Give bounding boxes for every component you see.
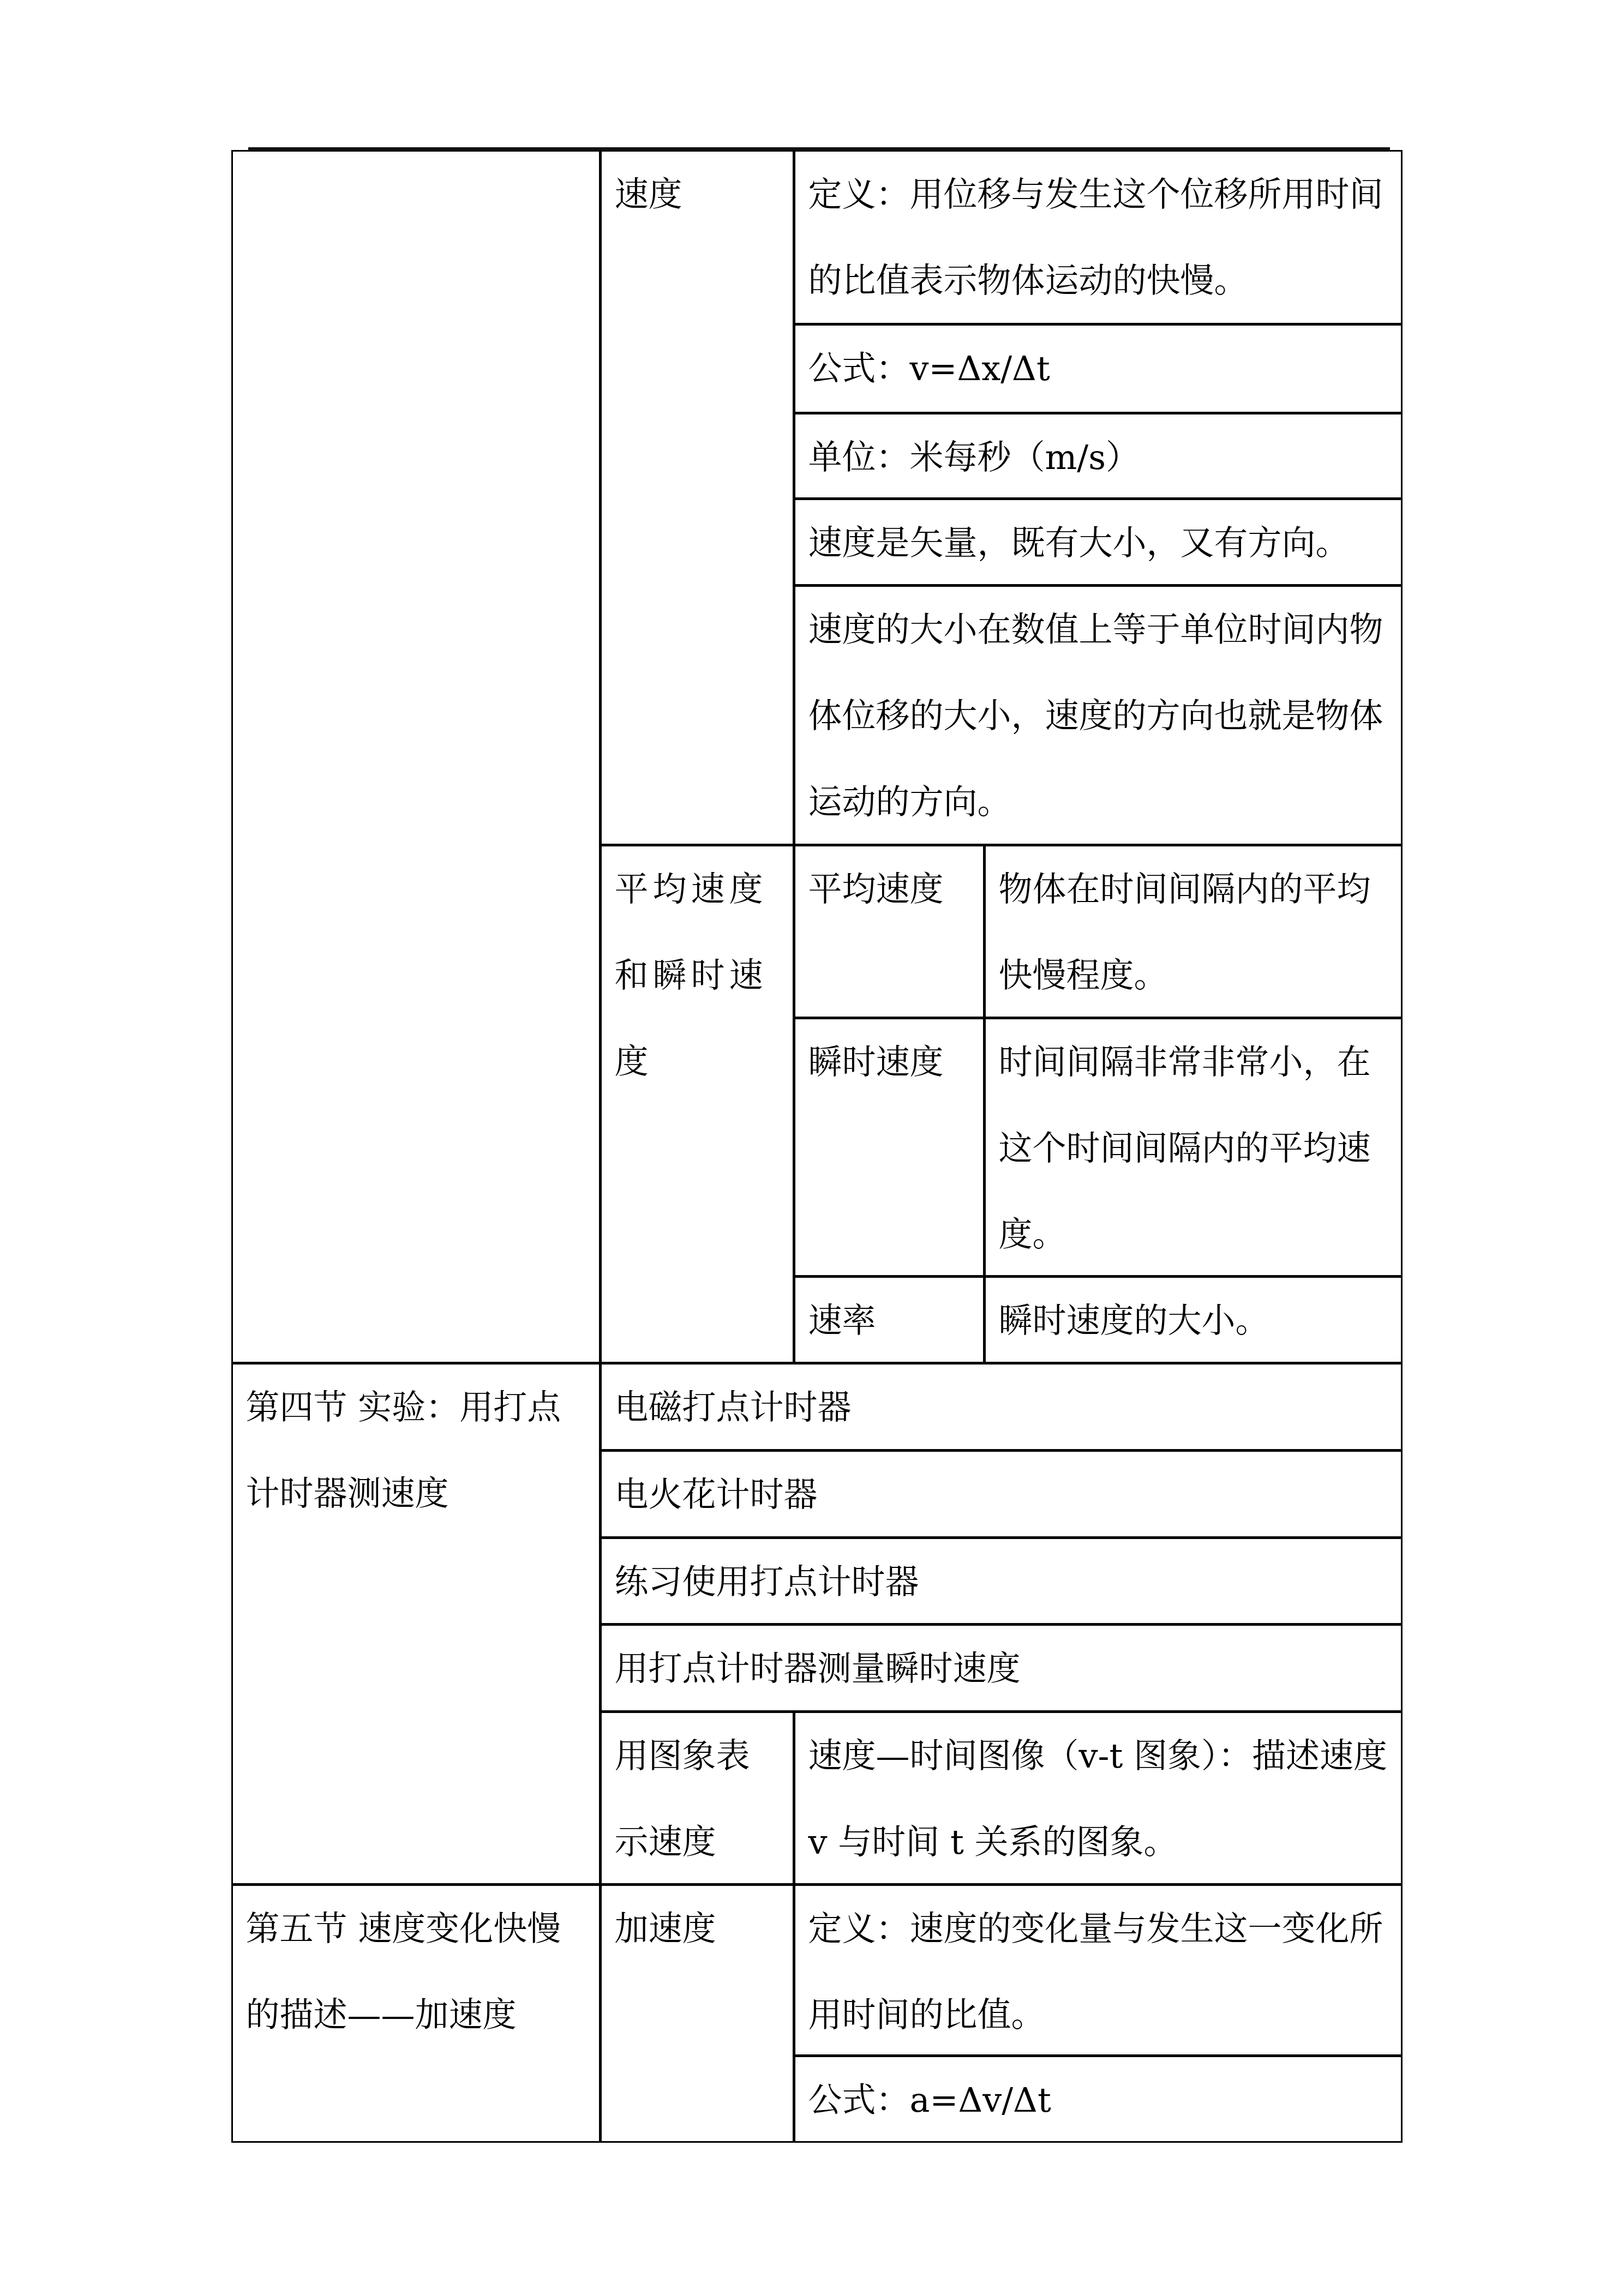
speed-rate-desc: 瞬时速度的大小。	[999, 1278, 1388, 1363]
speed-definition: 定义：用位移与发生这个位移所用时间的比值表示物体运动的快慢。	[808, 152, 1388, 324]
graph-label: 用图象表示速度	[615, 1713, 780, 1885]
speed-label-cell: 速度	[600, 150, 794, 845]
accel-formula: 公式：a=Δv/Δt	[808, 2057, 1388, 2143]
speed-label: 速度	[615, 152, 780, 238]
section4-title: 第四节 实验：用打点计时器测速度	[246, 1365, 586, 1537]
speed-vector-cell: 速度是矢量，既有大小，又有方向。	[794, 498, 1403, 586]
section4-row-1-text: 电磁打点计时器	[615, 1365, 1388, 1451]
speed-rate-term-cell: 速率	[794, 1276, 985, 1363]
graph-label-cell: 用图象表示速度	[600, 1711, 794, 1885]
section4-row-2: 电火花计时器	[600, 1450, 1403, 1538]
inst-speed-desc: 时间间隔非常非常小，在这个时间间隔内的平均速度。	[999, 1019, 1388, 1277]
section4-row-3: 练习使用打点计时器	[600, 1537, 1403, 1625]
accel-label: 加速度	[615, 1886, 780, 1972]
avg-speed-desc-cell: 物体在时间间隔内的平均快慢程度。	[984, 845, 1403, 1018]
speed-magnitude: 速度的大小在数值上等于单位时间内物体位移的大小，速度的方向也就是物体运动的方向。	[808, 587, 1388, 845]
speed-rate-term: 速率	[808, 1278, 970, 1363]
section5-title-cell: 第五节 速度变化快慢的描述——加速度	[231, 1884, 601, 2143]
accel-definition-cell: 定义：速度的变化量与发生这一变化所用时间的比值。	[794, 1884, 1403, 2056]
speed-formula-cell: 公式：v=Δx/Δt	[794, 324, 1403, 413]
inst-speed-desc-cell: 时间间隔非常非常小，在这个时间间隔内的平均速度。	[984, 1018, 1403, 1277]
speed-rate-desc-cell: 瞬时速度的大小。	[984, 1276, 1403, 1363]
section4-row-3-text: 练习使用打点计时器	[615, 1539, 1388, 1625]
avg-inst-label-cell: 平均速度和瞬时速度	[600, 845, 794, 1363]
section4-row-2-text: 电火花计时器	[615, 1452, 1388, 1538]
speed-unit: 单位：米每秒（m/s）	[808, 414, 1388, 499]
avg-speed-term: 平均速度	[808, 846, 970, 933]
speed-unit-cell: 单位：米每秒（m/s）	[794, 413, 1403, 499]
accel-definition: 定义：速度的变化量与发生这一变化所用时间的比值。	[808, 1886, 1388, 2056]
speed-formula: 公式：v=Δx/Δt	[808, 326, 1388, 412]
avg-speed-term-cell: 平均速度	[794, 845, 985, 1018]
section3-title-cell	[231, 150, 601, 1363]
section4-row-1: 电磁打点计时器	[600, 1363, 1403, 1451]
speed-vector: 速度是矢量，既有大小，又有方向。	[808, 500, 1388, 586]
avg-speed-desc: 物体在时间间隔内的平均快慢程度。	[999, 846, 1388, 1018]
inst-speed-term: 瞬时速度	[808, 1019, 970, 1105]
speed-definition-cell: 定义：用位移与发生这个位移所用时间的比值表示物体运动的快慢。	[794, 150, 1403, 324]
inst-speed-term-cell: 瞬时速度	[794, 1018, 985, 1277]
graph-desc-cell: 速度—时间图像（v-t 图象）：描述速度 v 与时间 t 关系的图象。	[794, 1711, 1403, 1885]
section5-title: 第五节 速度变化快慢的描述——加速度	[246, 1886, 586, 2058]
speed-magnitude-cell: 速度的大小在数值上等于单位时间内物体位移的大小，速度的方向也就是物体运动的方向。	[794, 585, 1403, 845]
section4-row-4: 用打点计时器测量瞬时速度	[600, 1624, 1403, 1712]
accel-formula-cell: 公式：a=Δv/Δt	[794, 2055, 1403, 2143]
avg-inst-label: 平均速度和瞬时速度	[615, 846, 780, 1105]
section4-row-4-text: 用打点计时器测量瞬时速度	[615, 1626, 1388, 1712]
accel-label-cell: 加速度	[600, 1884, 794, 2143]
section4-title-cell: 第四节 实验：用打点计时器测速度	[231, 1363, 601, 1885]
graph-desc: 速度—时间图像（v-t 图象）：描述速度 v 与时间 t 关系的图象。	[808, 1713, 1388, 1885]
